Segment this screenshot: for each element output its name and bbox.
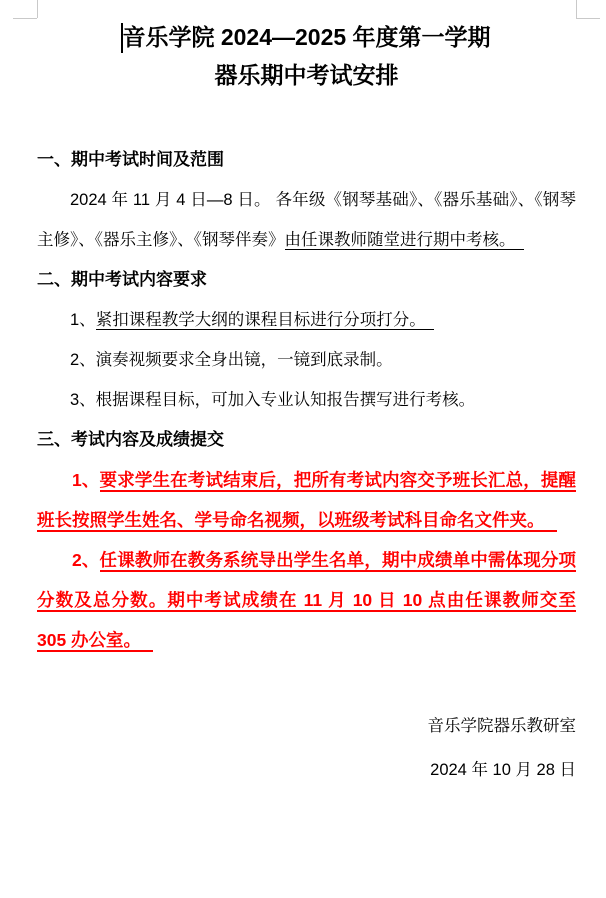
submission-item-2: 2、任课教师在教务系统导出学生名单，期中成绩单中需体现分项分数及总分数。期中考试… xyxy=(37,540,576,660)
signature-organization: 音乐学院器乐教研室 xyxy=(37,704,576,748)
section-heading-exam-time: 一、期中考试时间及范围 xyxy=(37,140,576,180)
submission-item-1: 1、要求学生在考试结束后，把所有考试内容交予班长汇总，提醒班长按照学生姓名、学号… xyxy=(37,460,576,540)
paragraph-exam-time: 2024 年 11 月 4 日—8 日。 各年级《钢琴基础》、《器乐基础》、《钢… xyxy=(37,180,576,260)
title-body-gap xyxy=(37,94,576,140)
requirement-item-3: 3、根据课程目标，可加入专业认知报告撰写进行考核。 xyxy=(37,380,576,420)
document-content: 音乐学院 2024—2025 年度第一学期 器乐期中考试安排 一、期中考试时间及… xyxy=(37,18,576,792)
exam-time-underlined-text: 由任课教师随堂进行期中考核。 xyxy=(285,231,524,250)
requirement-item-2: 2、演奏视频要求全身出镜，一镜到底录制。 xyxy=(37,340,576,380)
section-heading-score-submission: 三、考试内容及成绩提交 xyxy=(37,420,576,460)
title-line-2: 器乐期中考试安排 xyxy=(37,56,576,94)
document-page: 音乐学院 2024—2025 年度第一学期 器乐期中考试安排 一、期中考试时间及… xyxy=(0,0,606,898)
document-title: 音乐学院 2024—2025 年度第一学期 器乐期中考试安排 xyxy=(37,18,576,94)
signature-block: 音乐学院器乐教研室 2024 年 10 月 28 日 xyxy=(37,704,576,792)
submission-item-2-underlined-text: 任课教师在教务系统导出学生名单，期中成绩单中需体现分项分数及总分数。期中考试成绩… xyxy=(37,550,576,652)
requirement-item-1-underlined-text: 紧扣课程教学大纲的课程目标进行分项打分。 xyxy=(96,311,434,330)
requirement-item-1-number: 1、 xyxy=(70,311,96,329)
requirement-item-1: 1、紧扣课程教学大纲的课程目标进行分项打分。 xyxy=(37,300,576,340)
crop-mark-top-right-vertical xyxy=(576,0,577,18)
body-signature-gap xyxy=(37,660,576,704)
crop-mark-top-left-vertical xyxy=(37,0,38,18)
submission-item-1-underlined-text: 要求学生在考试结束后，把所有考试内容交予班长汇总，提醒班长按照学生姓名、学号命名… xyxy=(37,470,576,532)
crop-mark-top-left-horizontal xyxy=(13,18,37,19)
section-heading-exam-requirements: 二、期中考试内容要求 xyxy=(37,260,576,300)
submission-item-1-number: 1、 xyxy=(72,470,100,490)
crop-mark-top-right-horizontal xyxy=(576,18,600,19)
submission-item-2-number: 2、 xyxy=(72,550,100,570)
title-line-1: 音乐学院 2024—2025 年度第一学期 xyxy=(37,18,576,56)
signature-date: 2024 年 10 月 28 日 xyxy=(37,748,576,792)
